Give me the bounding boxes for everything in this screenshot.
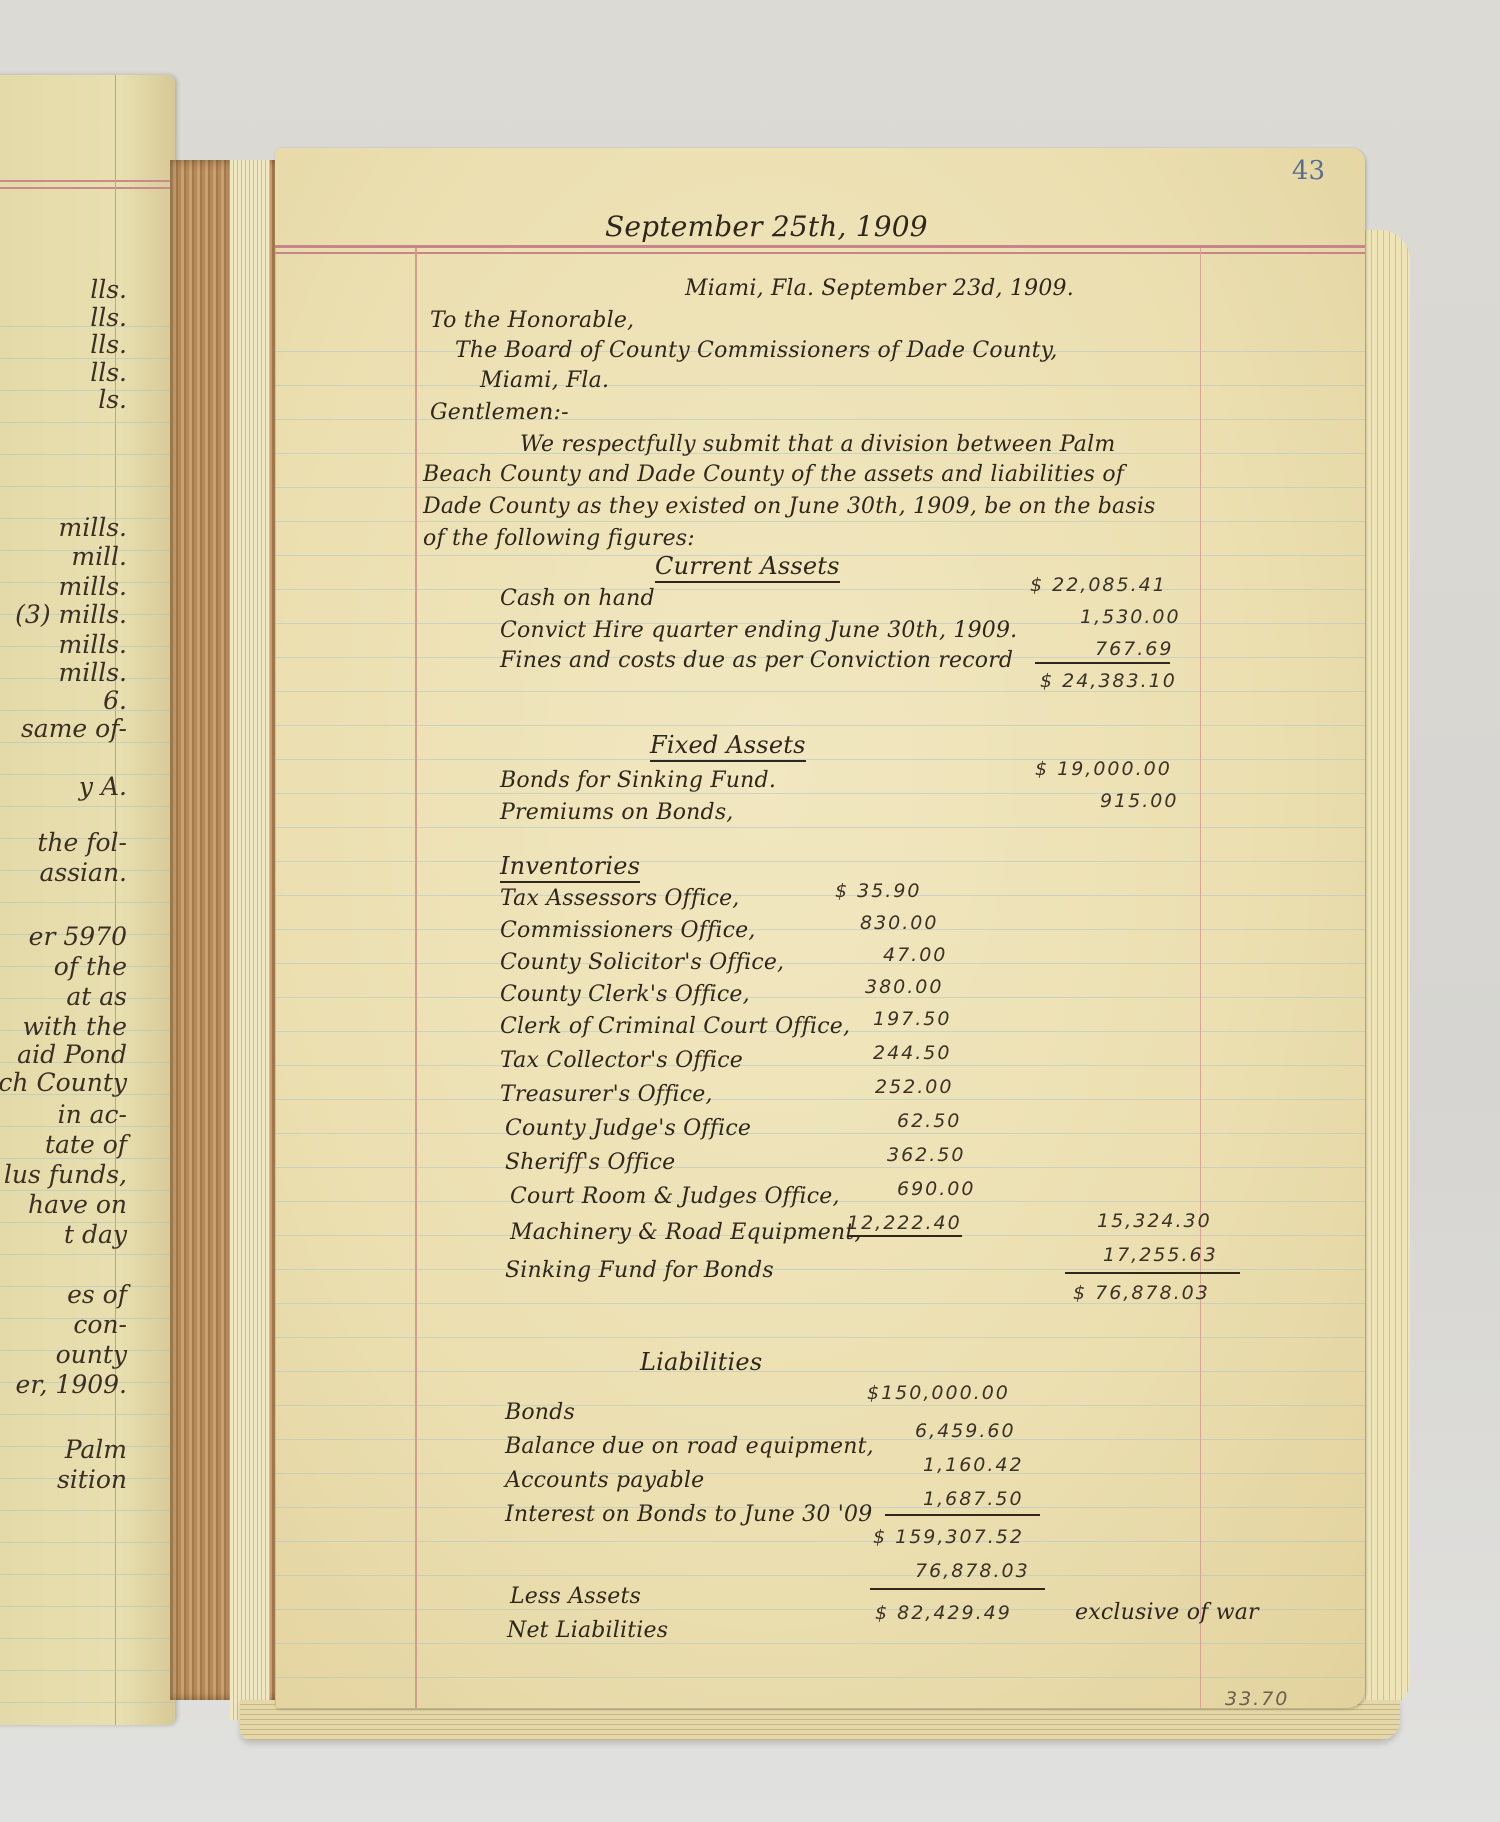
ledger-label: Court Room & Judges Office,	[510, 1184, 840, 1209]
left-page-fragment: sition	[57, 1465, 127, 1494]
header-rule	[275, 245, 1365, 248]
sum-rule	[870, 1588, 1045, 1590]
ledger-amount: $150,000.00	[867, 1382, 1010, 1404]
ledger-label: Bonds for Sinking Fund.	[500, 768, 776, 793]
ledger-amount: 62.50	[897, 1110, 961, 1132]
ledger-label: Tax Collector's Office	[500, 1048, 743, 1073]
left-page-fragment: ls.	[98, 385, 127, 414]
ledger-label: Fines and costs due as per Conviction re…	[500, 648, 1013, 673]
salutation-line: To the Honorable,	[430, 308, 634, 333]
liabilities-total: $ 159,307.52	[873, 1526, 1024, 1548]
ledger-page: 43 September 25th, 1909 Miami, Fla. Sept…	[275, 148, 1365, 1708]
ledger-label: Interest on Bonds to June 30 '09	[505, 1502, 872, 1527]
assets-total: $ 76,878.03	[1073, 1282, 1210, 1304]
current-assets-total: $ 24,383.10	[1040, 670, 1177, 692]
net-liabilities-label: Net Liabilities	[507, 1618, 668, 1643]
left-page: lls.lls.lls.lls.ls.mills.mill.mills.(3) …	[0, 75, 175, 1725]
left-margin-rule	[415, 248, 417, 1708]
left-page-fragment: aid Pond	[17, 1040, 127, 1069]
net-liabilities-note: exclusive of war	[1075, 1600, 1259, 1625]
ledger-label: Tax Assessors Office,	[500, 886, 740, 911]
left-page-fragment: 6.	[103, 686, 127, 715]
inventories-heading: Inventories	[500, 852, 640, 883]
ledger-amount: 830.00	[860, 912, 938, 934]
ledger-amount: 252.00	[875, 1076, 953, 1098]
left-page-fragment: of the	[54, 952, 127, 981]
left-page-fragment: mill.	[71, 542, 127, 571]
left-page-fragment: lls.	[90, 275, 127, 304]
salutation-line: The Board of County Commissioners of Dad…	[455, 338, 1058, 363]
ledger-amount: 47.00	[883, 944, 947, 966]
inventories-subtotal: 15,324.30	[1097, 1210, 1212, 1232]
ledger-amount: 362.50	[887, 1144, 965, 1166]
left-page-fragment: ounty	[56, 1340, 127, 1369]
left-page-fragment: have on	[28, 1190, 127, 1219]
ledger-label: Cash on hand	[500, 586, 655, 611]
ledger-label: County Clerk's Office,	[500, 982, 750, 1007]
less-assets-label: Less Assets	[510, 1584, 641, 1609]
ledger-amount: 1,687.50	[923, 1488, 1024, 1510]
ledger-label: Sheriff's Office	[505, 1150, 675, 1175]
ledger-amount: $ 19,000.00	[1035, 758, 1172, 780]
ledger-label: Accounts payable	[505, 1468, 704, 1493]
left-page-fragment: con-	[73, 1310, 127, 1339]
outer-margin-rule	[275, 248, 276, 1708]
ledger-label: Sinking Fund for Bonds	[505, 1258, 774, 1283]
ledger-label: Bonds	[505, 1400, 575, 1425]
header-rule-2	[275, 252, 1365, 254]
left-page-fragment: tate of	[45, 1130, 127, 1159]
ledger-amount: 767.69	[1095, 638, 1173, 660]
ledger-amount: 1,160.42	[923, 1454, 1024, 1476]
ledger-label: County Solicitor's Office,	[500, 950, 784, 975]
ledger-label: Balance due on road equipment,	[505, 1434, 874, 1459]
body-line: of the following figures:	[423, 526, 695, 551]
less-assets-amount: 76,878.03	[915, 1560, 1030, 1582]
left-page-fragment: y A.	[79, 772, 127, 801]
left-header-rule	[0, 180, 175, 182]
sum-rule	[885, 1514, 1040, 1516]
ledger-amount: 12,222.40	[847, 1212, 962, 1237]
ledger-label: Commissioners Office,	[500, 918, 756, 943]
left-page-fragment: assian.	[39, 858, 127, 887]
left-page-fragment: ch County	[0, 1068, 127, 1097]
current-assets-heading: Current Assets	[655, 552, 840, 583]
sum-rule	[1065, 1272, 1240, 1274]
letter-place-date: Miami, Fla. September 23d, 1909.	[685, 276, 1074, 301]
left-page-fragment: er, 1909.	[16, 1370, 127, 1399]
body-line: Dade County as they existed on June 30th…	[423, 494, 1156, 519]
ledger-amount: 6,459.60	[915, 1420, 1016, 1442]
ledger-label: Premiums on Bonds,	[500, 800, 734, 825]
left-page-fragment: at as	[66, 982, 127, 1011]
ledger-amount: 197.50	[873, 1008, 951, 1030]
ledger-amount: 380.00	[865, 976, 943, 998]
page-stack-edge	[230, 160, 270, 1720]
underlying-page-fragment: 33.70	[1225, 1688, 1289, 1710]
left-page-fragment: same of-	[21, 714, 127, 743]
ledger-amount: 1,530.00	[1080, 606, 1181, 628]
entry-date: September 25th, 1909	[605, 210, 928, 243]
sum-rule	[1035, 662, 1170, 664]
left-page-fragment: mills.	[59, 658, 127, 687]
ledger-amount: 17,255.63	[1103, 1244, 1218, 1266]
left-page-fragment: Palm	[65, 1435, 127, 1464]
left-page-fragment: es of	[67, 1280, 127, 1309]
left-page-fragment: mills.	[59, 630, 127, 659]
ledger-amount: $ 22,085.41	[1030, 574, 1167, 596]
ledger-label: Clerk of Criminal Court Office,	[500, 1014, 850, 1039]
ledger-amount: 915.00	[1100, 790, 1178, 812]
left-page-fragment: lus funds,	[4, 1160, 127, 1189]
left-header-rule-2	[0, 187, 175, 189]
liabilities-heading: Liabilities	[640, 1348, 762, 1376]
left-page-fragment: (3) mills.	[15, 600, 127, 629]
left-page-fragment: the fol-	[37, 828, 127, 857]
net-liabilities-amount: $ 82,429.49	[875, 1602, 1012, 1624]
fixed-assets-heading: Fixed Assets	[650, 731, 806, 762]
left-page-fragment: t day	[64, 1220, 127, 1249]
ledger-amount: 690.00	[897, 1178, 975, 1200]
ledger-label: County Judge's Office	[505, 1116, 751, 1141]
left-page-fragment: lls.	[90, 330, 127, 359]
ledger-label: Machinery & Road Equipment,	[510, 1220, 862, 1245]
body-line: Beach County and Dade County of the asse…	[423, 462, 1124, 487]
right-margin-rule	[1200, 248, 1201, 1708]
salutation-line: Gentlemen:-	[430, 400, 569, 425]
left-page-fragment: lls.	[90, 358, 127, 387]
left-page-fragment: with the	[23, 1012, 127, 1041]
left-page-fragment: in ac-	[58, 1100, 127, 1129]
left-page-fragment: mills.	[59, 572, 127, 601]
ledger-amount: $ 35.90	[835, 880, 922, 902]
ledger-label: Treasurer's Office,	[500, 1082, 713, 1107]
left-page-fragment: lls.	[90, 303, 127, 332]
page-number: 43	[1292, 156, 1325, 186]
left-page-fragment: mills.	[59, 513, 127, 542]
body-line: We respectfully submit that a division b…	[520, 432, 1115, 457]
ledger-amount: 244.50	[873, 1042, 951, 1064]
ledger-label: Convict Hire quarter ending June 30th, 1…	[500, 618, 1017, 643]
salutation-line: Miami, Fla.	[480, 368, 609, 393]
left-page-fragment: er 5970	[29, 922, 127, 951]
